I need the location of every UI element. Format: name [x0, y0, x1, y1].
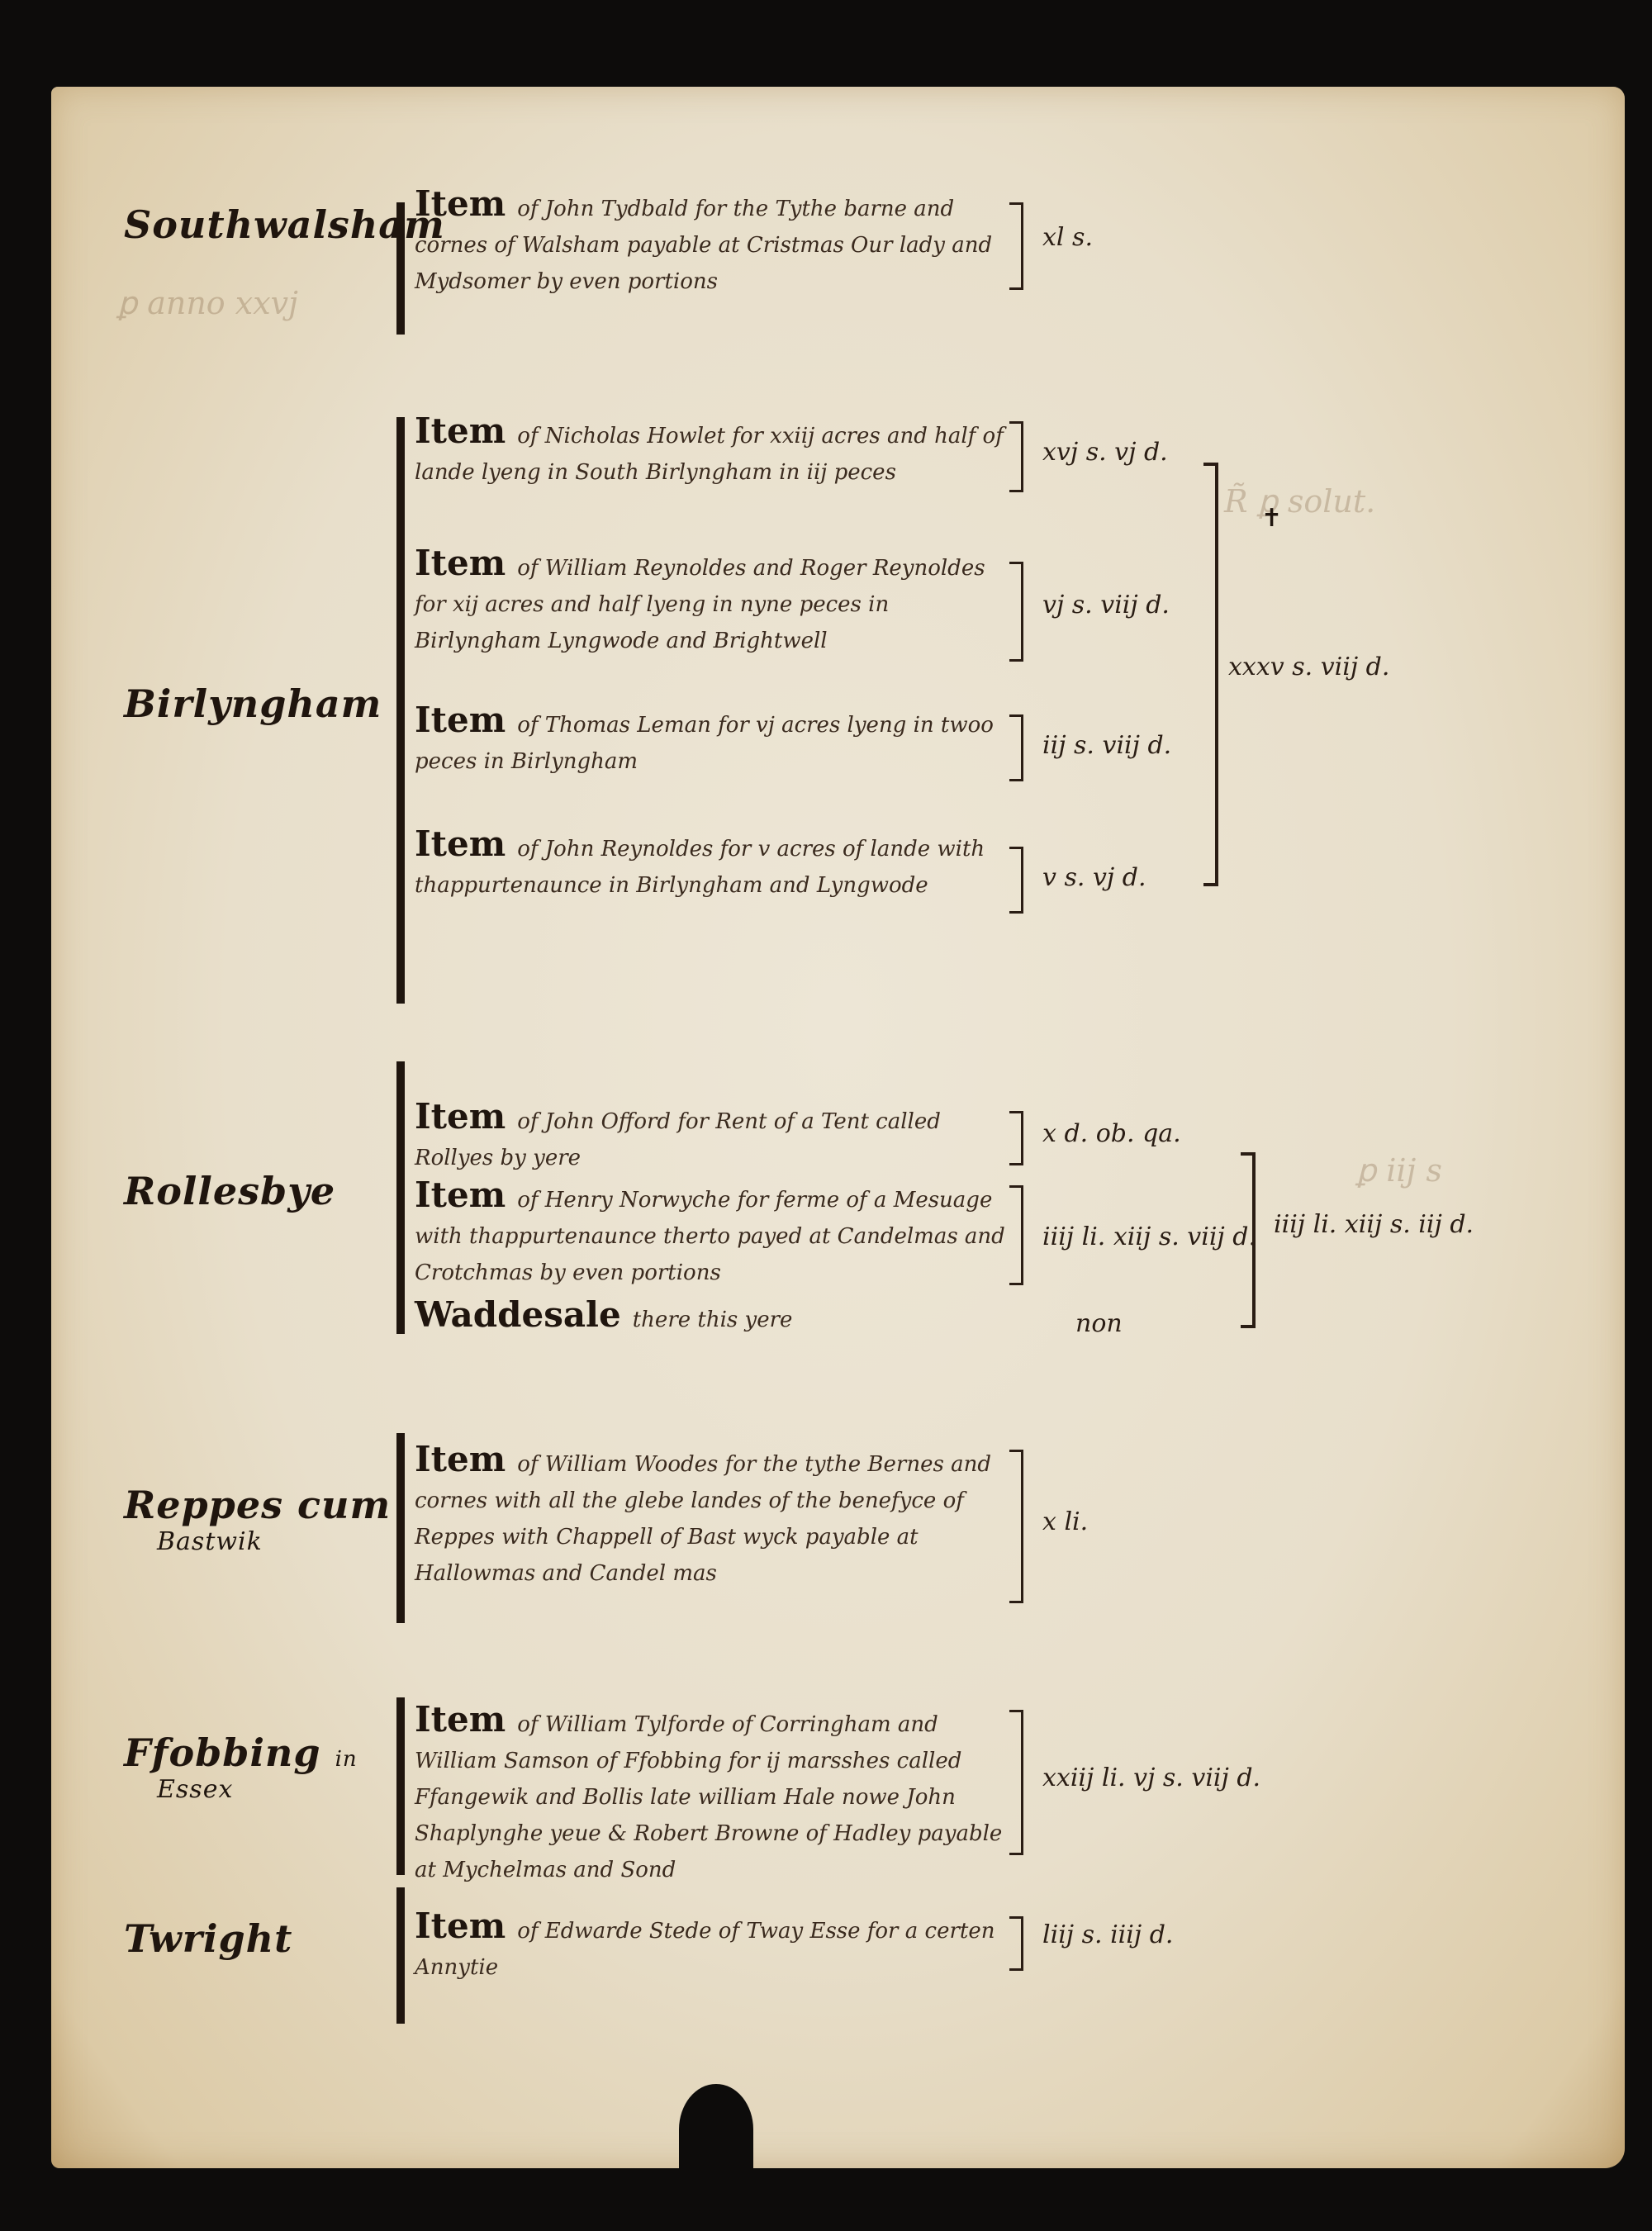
entry-amount: xxiij li. vj s. viij d.: [1042, 1763, 1260, 1792]
place-name-rollesbye: Rollesbye: [124, 1169, 335, 1213]
section-subtotal: xxxv s. viij d.: [1228, 653, 1389, 681]
entry-brace: [1009, 1916, 1023, 1971]
place-name-main: Reppes cum: [124, 1483, 391, 1527]
entry-brace: [1009, 562, 1023, 662]
entry-amount: xvj s. vj d.: [1042, 438, 1168, 467]
entry-item: Waddesalethere this yere: [415, 1297, 1009, 1338]
entry-amount: liij s. iiij d.: [1042, 1920, 1173, 1949]
entry-item: Itemof Thomas Leman for vj acres lyeng i…: [415, 702, 1009, 780]
entry-amount: xl s.: [1042, 223, 1093, 252]
item-initial-bar: [396, 1061, 405, 1334]
item-lead: Item: [415, 1096, 506, 1137]
place-name-main: Ffobbing: [124, 1730, 321, 1775]
entry-amount: vj s. viij d.: [1042, 591, 1170, 619]
item-lead: Waddesale: [415, 1294, 621, 1335]
place-name-twright: Twright: [124, 1916, 292, 1961]
entry-item: Itemof Edwarde Stede of Tway Esse for a …: [415, 1908, 1009, 1986]
item-lead: Item: [415, 824, 506, 864]
entry-brace: [1009, 202, 1023, 290]
entry-brace: [1009, 421, 1023, 492]
place-name-sub: Bastwik: [157, 1527, 391, 1556]
entry-item: Itemof William Reynoldes and Roger Reyno…: [415, 545, 1009, 659]
item-initial-bar: [396, 1887, 405, 2024]
entry-item: Itemof John Tydbald for the Tythe barne …: [415, 186, 1009, 300]
item-text: there this yere: [633, 1308, 793, 1332]
entry-amount: v s. vj d.: [1042, 863, 1146, 892]
place-name-sub: Essex: [157, 1775, 358, 1804]
item-lead: Item: [415, 700, 506, 740]
item-initial-bar: [396, 202, 405, 335]
entry-amount: non: [1075, 1309, 1123, 1338]
offset-ink: ꝑ iij s: [1356, 1152, 1442, 1189]
subtotal-bracket: [1203, 463, 1218, 886]
entry-item: Itemof John Offord for Rent of a Tent ca…: [415, 1099, 1009, 1176]
entry-brace: [1009, 1185, 1023, 1285]
item-initial-bar: [396, 417, 405, 1004]
place-name-birlyngham: Birlyngham: [124, 681, 382, 726]
entry-brace: [1009, 1111, 1023, 1165]
item-initial-bar: [396, 1433, 405, 1623]
entry-amount: x d. ob. qa.: [1042, 1119, 1181, 1148]
item-initial-bar: [396, 1697, 405, 1875]
manuscript-sheet: ꝑ anno xxvj R̃ ꝑ solut. ꝑ iij s Southwal…: [51, 87, 1625, 2168]
entry-brace: [1009, 1710, 1023, 1855]
offset-ink: ꝑ anno xxvj: [117, 285, 298, 321]
item-lead: Item: [415, 183, 506, 224]
entry-item: Itemof William Woodes for the tythe Bern…: [415, 1441, 1009, 1592]
entry-item: Itemof John Reynoldes for v acres of lan…: [415, 826, 1009, 904]
entry-brace: [1009, 847, 1023, 914]
item-lead: Item: [415, 1699, 506, 1740]
section-subtotal: iiij li. xiij s. iij d.: [1274, 1210, 1474, 1239]
entry-brace: [1009, 714, 1023, 781]
place-name-suffix: in: [335, 1747, 358, 1772]
item-lead: Item: [415, 1439, 506, 1479]
entry-amount: iij s. viij d.: [1042, 731, 1171, 760]
entry-brace: [1009, 1450, 1023, 1603]
place-name-reppes: Reppes cum Bastwik: [124, 1483, 391, 1556]
entry-amount: x li.: [1042, 1507, 1088, 1536]
item-lead: Item: [415, 1906, 506, 1946]
place-name-ffobbing: Ffobbing in Essex: [124, 1730, 358, 1804]
entry-item: Itemof William Tylforde of Corringham an…: [415, 1702, 1009, 1888]
entry-item: Itemof Henry Norwyche for ferme of a Mes…: [415, 1177, 1009, 1291]
margin-cross-mark: ✝: [1261, 504, 1282, 533]
item-lead: Item: [415, 1175, 506, 1215]
entry-amount: iiij li. xiij s. viij d.: [1042, 1222, 1256, 1251]
entry-item: Itemof Nicholas Howlet for xxiij acres a…: [415, 413, 1009, 491]
item-lead: Item: [415, 411, 506, 451]
item-lead: Item: [415, 543, 506, 583]
subtotal-bracket: [1241, 1152, 1256, 1328]
offset-ink: R̃ ꝑ solut.: [1224, 483, 1375, 520]
